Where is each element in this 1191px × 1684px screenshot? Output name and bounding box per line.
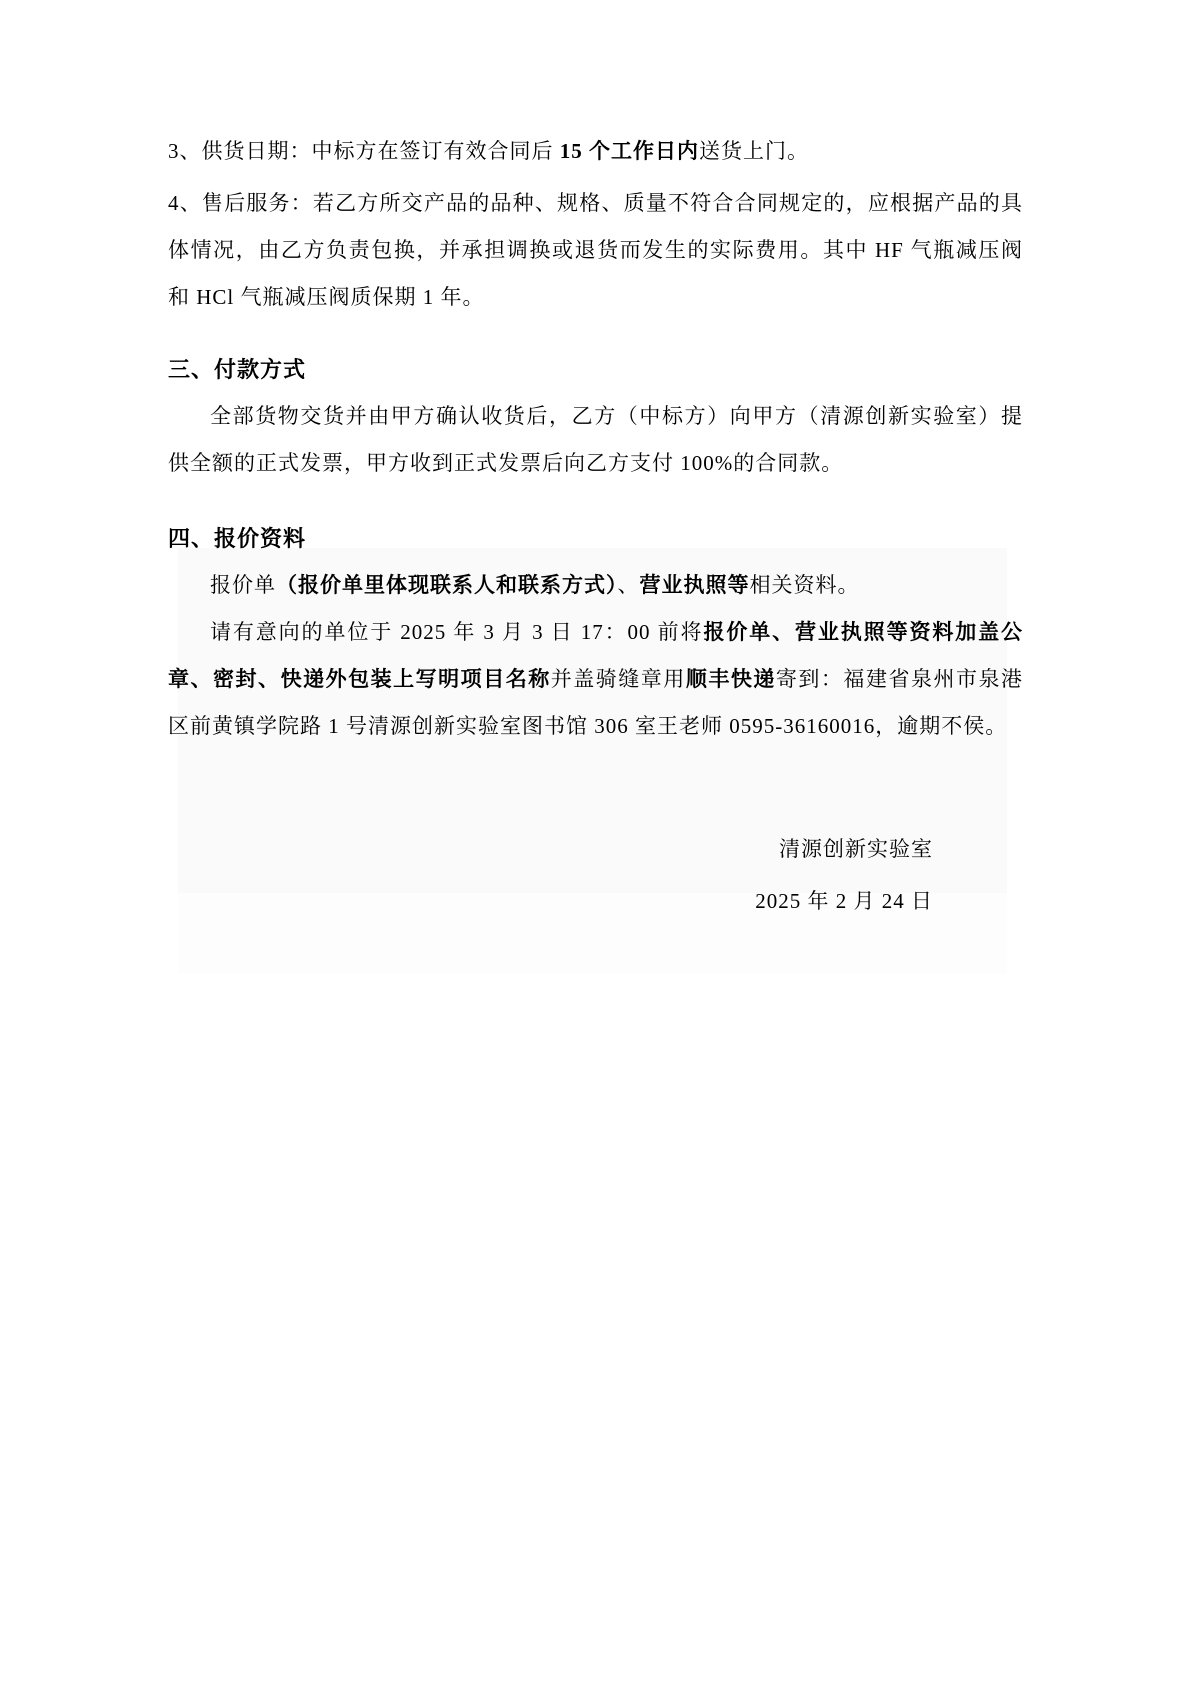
clause-supply-date: 3、供货日期：中标方在签订有效合同后 15 个工作日内送货上门。 [168,128,1023,175]
document-page: 3、供货日期：中标方在签订有效合同后 15 个工作日内送货上门。 4、售后服务：… [0,0,1191,1684]
document-body: 3、供货日期：中标方在签订有效合同后 15 个工作日内送货上门。 4、售后服务：… [168,128,1023,927]
signature-date: 2025 年 2 月 24 日 [168,875,933,927]
section-heading-payment: 三、付款方式 [168,346,1023,393]
quotation-materials-paragraph: 报价单（报价单里体现联系人和联系方式）、营业执照等相关资料。 [168,562,1023,609]
signature-block: 清源创新实验室 2025 年 2 月 24 日 [168,823,1023,927]
submission-instructions-paragraph: 请有意向的单位于 2025 年 3 月 3 日 17：00 前将报价单、营业执照… [168,609,1023,750]
signature-org: 清源创新实验室 [168,823,933,875]
clause-after-sales: 4、售后服务：若乙方所交产品的品种、规格、质量不符合合同规定的，应根据产品的具体… [168,180,1023,321]
section-heading-quotation: 四、报价资料 [168,515,1023,562]
payment-terms-paragraph: 全部货物交货并由甲方确认收货后，乙方（中标方）向甲方（清源创新实验室）提供全额的… [168,393,1023,487]
